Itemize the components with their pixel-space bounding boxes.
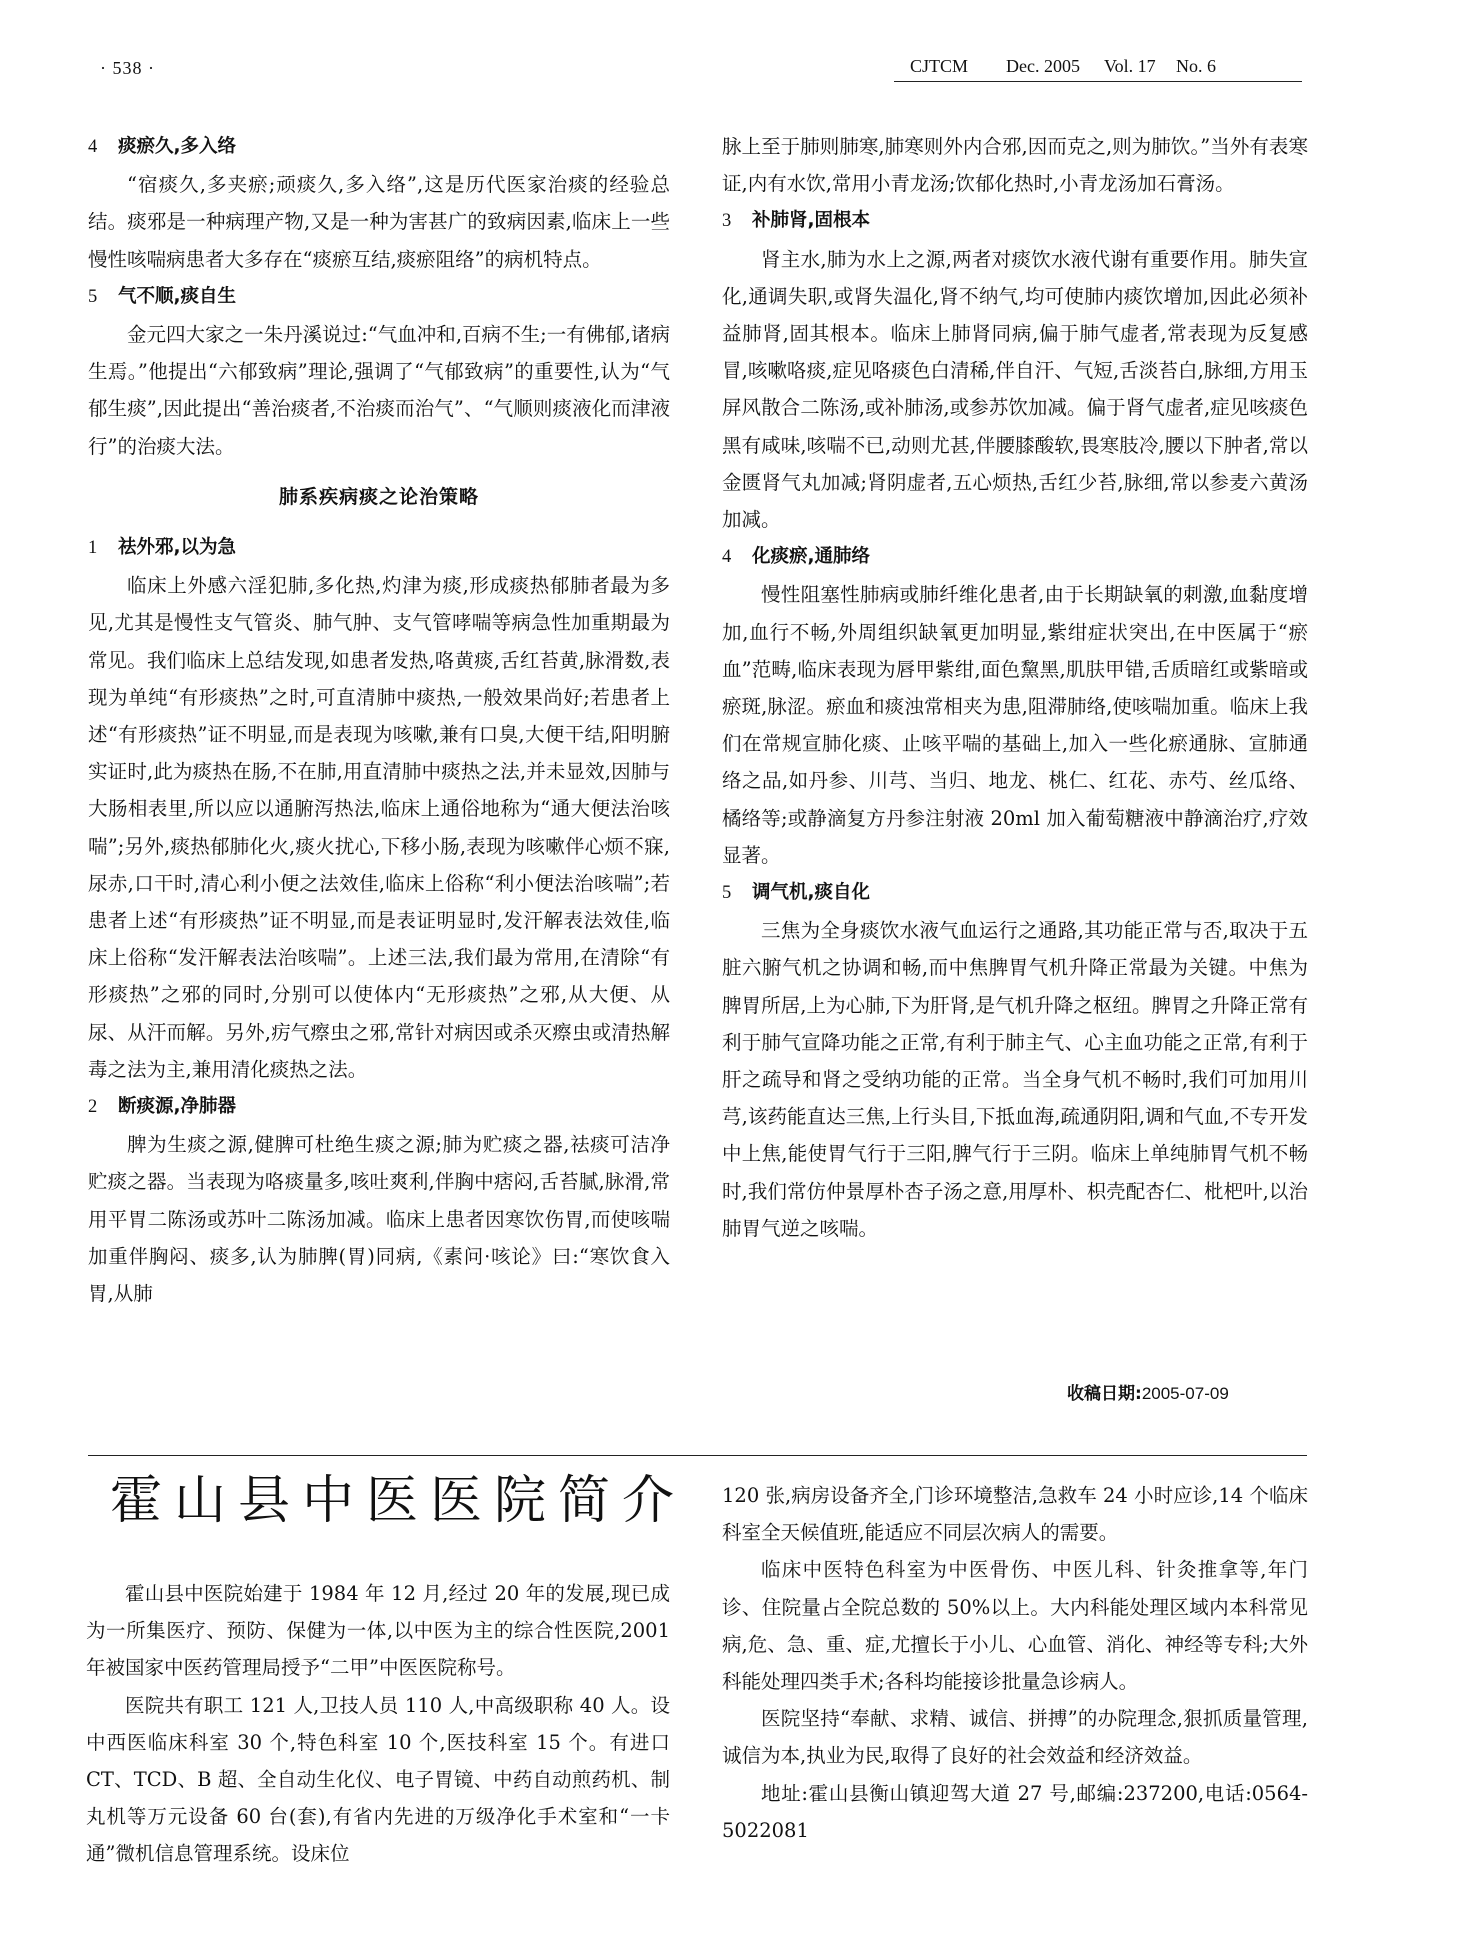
- section-number: 4: [88, 129, 118, 166]
- section-title: 气不顺,痰自生: [118, 286, 236, 307]
- section-paragraph: 三焦为全身痰饮水液气血运行之通路,其功能正常与否,取决于五脏六腑气机之协调和畅,…: [722, 912, 1308, 1247]
- section-heading-4: 4痰瘀久,多入络: [88, 128, 670, 166]
- section-number: 3: [722, 203, 752, 240]
- strategy-heading-2: 2断痰源,净肺器: [88, 1088, 670, 1126]
- contact-address: 地址:霍山县衡山镇迎驾大道 27 号,邮编:237200,电话:0564-502…: [722, 1775, 1308, 1849]
- section-paragraph: 脾为生痰之源,健脾可杜绝生痰之源;肺为贮痰之器,祛痰可洁净贮痰之器。当表现为咯痰…: [88, 1126, 670, 1312]
- intro-paragraph: 医院共有职工 121 人,卫技人员 110 人,中高级职称 40 人。设中西医临…: [86, 1687, 670, 1873]
- strategy-heading-1: 1祛外邪,以为急: [88, 529, 670, 567]
- section-number: 4: [722, 539, 752, 576]
- journal-abbrev: CJTCM: [910, 56, 1006, 77]
- strategy-section-title: 肺系疾病痰之论治策略: [88, 479, 670, 516]
- running-header: CJTCM Dec. 2005 Vol. 17 No. 6: [894, 56, 1302, 82]
- section-number: 5: [88, 279, 118, 316]
- intro-paragraph: 医院坚持“奉献、求精、诚信、拼搏”的办院理念,狠抓质量管理,诚信为本,执业为民,…: [722, 1700, 1308, 1774]
- strategy-heading-3: 3补肺肾,固根本: [722, 202, 1308, 240]
- section-title: 补肺肾,固根本: [752, 210, 870, 231]
- section-paragraph: 临床上外感六淫犯肺,多化热,灼津为痰,形成痰热郁肺者最为多见,尤其是慢性支气管炎…: [88, 567, 670, 1088]
- hospital-intro-right-column: 120 张,病房设备齐全,门诊环境整洁,急救车 24 小时应诊,14 个临床科室…: [722, 1477, 1308, 1849]
- strategy-heading-4: 4化痰瘀,通肺络: [722, 538, 1308, 576]
- section-number: 5: [722, 875, 752, 912]
- article-left-column: 4痰瘀久,多入络 “宿痰久,多夹瘀;顽痰久,多入络”,这是历代医家治痰的经验总结…: [88, 128, 670, 1312]
- continued-paragraph: 120 张,病房设备齐全,门诊环境整洁,急救车 24 小时应诊,14 个临床科室…: [722, 1477, 1308, 1551]
- issue-number: No. 6: [1176, 56, 1216, 77]
- issue-date: Dec. 2005: [1006, 56, 1094, 77]
- intro-paragraph: 临床中医特色科室为中医骨伤、中医儿科、针灸推拿等,年门诊、住院量占全院总数的 5…: [722, 1551, 1308, 1700]
- section-paragraph: 金元四大家之一朱丹溪说过:“气血冲和,百病不生;一有佛郁,诸病生焉。”他提出“六…: [88, 316, 670, 465]
- continued-paragraph: 脉上至于肺则肺寒,肺寒则外内合邪,因而克之,则为肺饮。”当外有表寒证,内有水饮,…: [722, 128, 1308, 202]
- section-paragraph: 慢性阻塞性肺病或肺纤维化患者,由于长期缺氧的刺激,血黏度增加,血行不畅,外周组织…: [722, 576, 1308, 874]
- article-right-column: 脉上至于肺则肺寒,肺寒则外内合邪,因而克之,则为肺饮。”当外有表寒证,内有水饮,…: [722, 128, 1308, 1247]
- strategy-heading-5: 5调气机,痰自化: [722, 874, 1308, 912]
- volume: Vol. 17: [1104, 56, 1166, 77]
- section-title: 痰瘀久,多入络: [118, 136, 236, 157]
- section-paragraph: “宿痰久,多夹瘀;顽痰久,多入络”,这是历代医家治痰的经验总结。痰邪是一种病理产…: [88, 166, 670, 278]
- section-title: 化痰瘀,通肺络: [752, 546, 870, 567]
- section-title: 祛外邪,以为急: [118, 537, 236, 558]
- received-date: 收稿日期:2005-07-09: [1067, 1379, 1229, 1404]
- section-number: 1: [88, 530, 118, 567]
- hospital-intro-left-column: 霍山县中医院始建于 1984 年 12 月,经过 20 年的发展,现已成为一所集…: [86, 1575, 670, 1873]
- section-heading-5: 5气不顺,痰自生: [88, 278, 670, 316]
- section-title: 断痰源,净肺器: [118, 1096, 236, 1117]
- section-paragraph: 肾主水,肺为水上之源,两者对痰饮水液代谢有重要作用。肺失宣化,通调失职,或肾失温…: [722, 241, 1308, 539]
- section-number: 2: [88, 1089, 118, 1126]
- intro-paragraph: 霍山县中医院始建于 1984 年 12 月,经过 20 年的发展,现已成为一所集…: [86, 1575, 670, 1687]
- received-value: 2005-07-09: [1142, 1384, 1229, 1403]
- section-title: 调气机,痰自化: [752, 882, 870, 903]
- hospital-intro-title: 霍山县中医医院简介: [110, 1468, 650, 1536]
- received-label: 收稿日期:: [1067, 1384, 1142, 1404]
- section-divider: [88, 1455, 1307, 1456]
- page-number: · 538 ·: [100, 58, 155, 79]
